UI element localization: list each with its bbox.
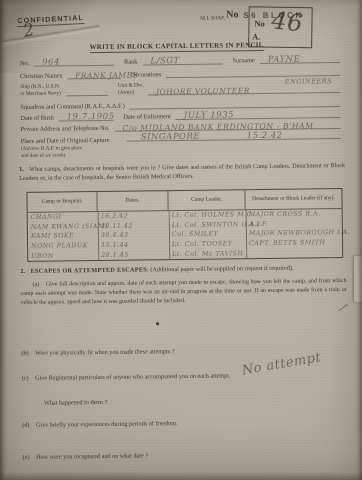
no-field-label: No. bbox=[20, 60, 32, 67]
cell-dates: 15.1.44 bbox=[98, 241, 169, 249]
question-2c: (c) Give Regimental particulars of anyon… bbox=[22, 372, 231, 382]
address-label: Private Address and Telephone No. bbox=[21, 125, 113, 133]
capture-date-value: 15.2.42 bbox=[247, 131, 283, 141]
no-field-value: 964 bbox=[42, 57, 60, 67]
question-2d: (d) Give briefly your experiences during… bbox=[22, 420, 177, 429]
cell-dates: 30.11.42 bbox=[98, 222, 169, 230]
surname-field: PAYNE bbox=[260, 53, 340, 64]
cell-leader: Lt. Col. Mc TAVISH bbox=[169, 250, 246, 258]
question-2c-followup: What happened to them ? bbox=[44, 399, 107, 407]
cell-leader: Col. SMILEY bbox=[169, 231, 246, 239]
cell-leader: Lt. Col. TOOSEY bbox=[169, 240, 246, 248]
squadron-label: Squadron and Command (R.A.F., A.A.F.) bbox=[20, 103, 128, 111]
question-2e-label: (e) bbox=[23, 454, 35, 461]
question-2d-label: (d) bbox=[22, 422, 34, 429]
margin-pencil-mark bbox=[339, 304, 349, 311]
unit-value: JOHORE VOLUNTEER bbox=[156, 86, 250, 96]
stamp-box-no-label: No bbox=[254, 18, 265, 28]
surname-field-label: Surname bbox=[232, 57, 257, 64]
capture-place-value: SINGAPORE bbox=[141, 132, 200, 143]
dob-label: Date of Birth bbox=[20, 115, 56, 122]
question-2-title-note: (Additional paper will be supplied on re… bbox=[150, 265, 293, 274]
question-2-heading: 2. ESCAPES OR ATTEMPTED ESCAPES. (Additi… bbox=[20, 264, 346, 275]
cell-block bbox=[246, 252, 342, 253]
paper-sheet: CONFIDENTIAL 2 M.I. 9/JAP. No S6 BLOCK N… bbox=[0, 0, 362, 480]
cell-camp: NONG PLADUK bbox=[28, 242, 98, 250]
christian-names-field: FRANK JAMES bbox=[67, 69, 121, 80]
cell-block: MAJOR CROSS R.A. bbox=[246, 210, 342, 218]
form-instruction-heading: WRITE IN BLOCK CAPITAL LETTERS IN PENCIL bbox=[90, 42, 264, 53]
capture-sublabel: (Aircrew R.A.F. to give place and date o… bbox=[21, 145, 83, 160]
christian-names-value: FRANK JAMES bbox=[75, 71, 138, 81]
question-2b-label: (b) bbox=[21, 350, 33, 357]
cell-camp: CHANGI bbox=[28, 213, 98, 221]
capture-label: Place and Date of Original Capture bbox=[21, 137, 110, 145]
scan-edge-bottom bbox=[0, 472, 362, 480]
unit-field: JOHORE VOLUNTEER ENGINEERS bbox=[148, 83, 340, 95]
no-field: 964 bbox=[34, 56, 114, 67]
question-2-number: 2. bbox=[20, 268, 29, 275]
enlistment-field: JULY 1935 bbox=[176, 108, 341, 120]
col-header-leader: Camp Leader. bbox=[168, 190, 245, 211]
dob-field: 19.7.1905 bbox=[59, 111, 114, 122]
rank-field-value: L/SGT bbox=[150, 56, 179, 66]
capture-field: SINGAPORE 15.2.42 bbox=[127, 129, 341, 142]
stamp-box-number-pencil: 46 bbox=[270, 6, 304, 37]
ship-field bbox=[66, 86, 108, 97]
question-2e-text: How were you recaptured and on what date… bbox=[36, 452, 148, 460]
rank-field-label: Rank bbox=[124, 58, 140, 65]
surname-field-value: PAYNE bbox=[268, 55, 301, 65]
stamp-box-a-label: A. bbox=[252, 32, 260, 41]
question-2c-pencil-answer: No attempt bbox=[241, 350, 322, 378]
scan-edge-right bbox=[357, 0, 362, 480]
question-2e: (e) How were you recaptured and on what … bbox=[23, 452, 149, 461]
question-1: 1. What camps, detachments or hospitals … bbox=[19, 162, 345, 184]
question-2a: (a) Give full description and approx. da… bbox=[20, 277, 346, 308]
cell-block: A.I.F. bbox=[246, 220, 342, 228]
col-header-block-leader: Detachment or Block Leader (if any). bbox=[245, 189, 341, 210]
ship-label: Ship (R.N., U.S.N. or Merchant Navy) bbox=[20, 83, 64, 97]
form-reference: M.I. 9/JAP. bbox=[200, 15, 225, 21]
unit-value-note: ENGINEERS bbox=[285, 77, 332, 86]
cell-dates: 30.4.43 bbox=[98, 232, 169, 240]
cell-block: CAPT. BETTS SMITH bbox=[246, 239, 342, 247]
question-1-number: 1. bbox=[19, 167, 28, 173]
cell-dates: 28.1.45 bbox=[98, 251, 169, 259]
scan-edge-left bbox=[0, 0, 7, 480]
question-1-text: What camps, detachments or hospitals wer… bbox=[19, 163, 345, 182]
cell-dates: 16.2.42 bbox=[98, 212, 169, 220]
unit-label: Unit & Div. (Army) bbox=[118, 82, 146, 96]
camps-table-body: CHANGI 16.2.42 Lt. Col. HOLMES M.C. MAJO… bbox=[28, 209, 343, 261]
question-2b-text: Were you physically fit when you made th… bbox=[35, 348, 175, 357]
question-2b: (b) Were you physically fit when you mad… bbox=[21, 348, 174, 357]
cell-camp: UBON bbox=[28, 252, 98, 260]
col-header-camp: Camp or Hospital. bbox=[27, 192, 97, 213]
question-2a-label: (a) bbox=[32, 282, 44, 288]
col-header-dates: Dates. bbox=[97, 191, 168, 212]
field-row-identity: No. 964 Rank L/SGT Surname PAYNE bbox=[20, 53, 340, 67]
cell-block: MAJOR NEWBOROUGH I.A. bbox=[246, 229, 350, 237]
ink-dot bbox=[156, 322, 159, 325]
camps-table: Camp or Hospital. Dates. Camp Leader. De… bbox=[26, 188, 343, 262]
christian-names-label: Christian Names bbox=[20, 72, 65, 80]
question-2a-text: Give full description and approx. date o… bbox=[21, 278, 347, 306]
field-row-service: Ship (R.N., U.S.N. or Merchant Navy) Uni… bbox=[20, 80, 340, 97]
scanned-pow-questionnaire: { "colors": { "paper": "#b5b0a5", "print… bbox=[0, 0, 362, 480]
question-2c-text: Give Regimental particulars of anyone wh… bbox=[35, 372, 230, 381]
dob-value: 19.7.1905 bbox=[67, 112, 115, 123]
cell-camp: NAM KWANG (SIAM) bbox=[28, 223, 98, 231]
enlistment-value: JULY 1935 bbox=[184, 110, 234, 121]
cell-camp: KAMI SOKE bbox=[28, 232, 98, 240]
cell-leader: Lt. Col. SWINTON (I.A.) bbox=[169, 221, 246, 229]
enlistment-label: Date of Enlistment bbox=[123, 113, 174, 121]
cell-leader: Lt. Col. HOLMES M.C. bbox=[169, 212, 246, 220]
decorations-field bbox=[166, 66, 340, 78]
question-2-title: ESCAPES OR ATTEMPTED ESCAPES. bbox=[31, 266, 149, 274]
question-2c-label: (c) bbox=[22, 375, 34, 382]
form-content: CONFIDENTIAL 2 M.I. 9/JAP. No S6 BLOCK N… bbox=[0, 0, 362, 480]
question-2d-text: Give briefly your experiences during per… bbox=[36, 420, 178, 429]
rank-field: L/SGT bbox=[142, 54, 222, 65]
form-no-label: No bbox=[226, 9, 238, 20]
